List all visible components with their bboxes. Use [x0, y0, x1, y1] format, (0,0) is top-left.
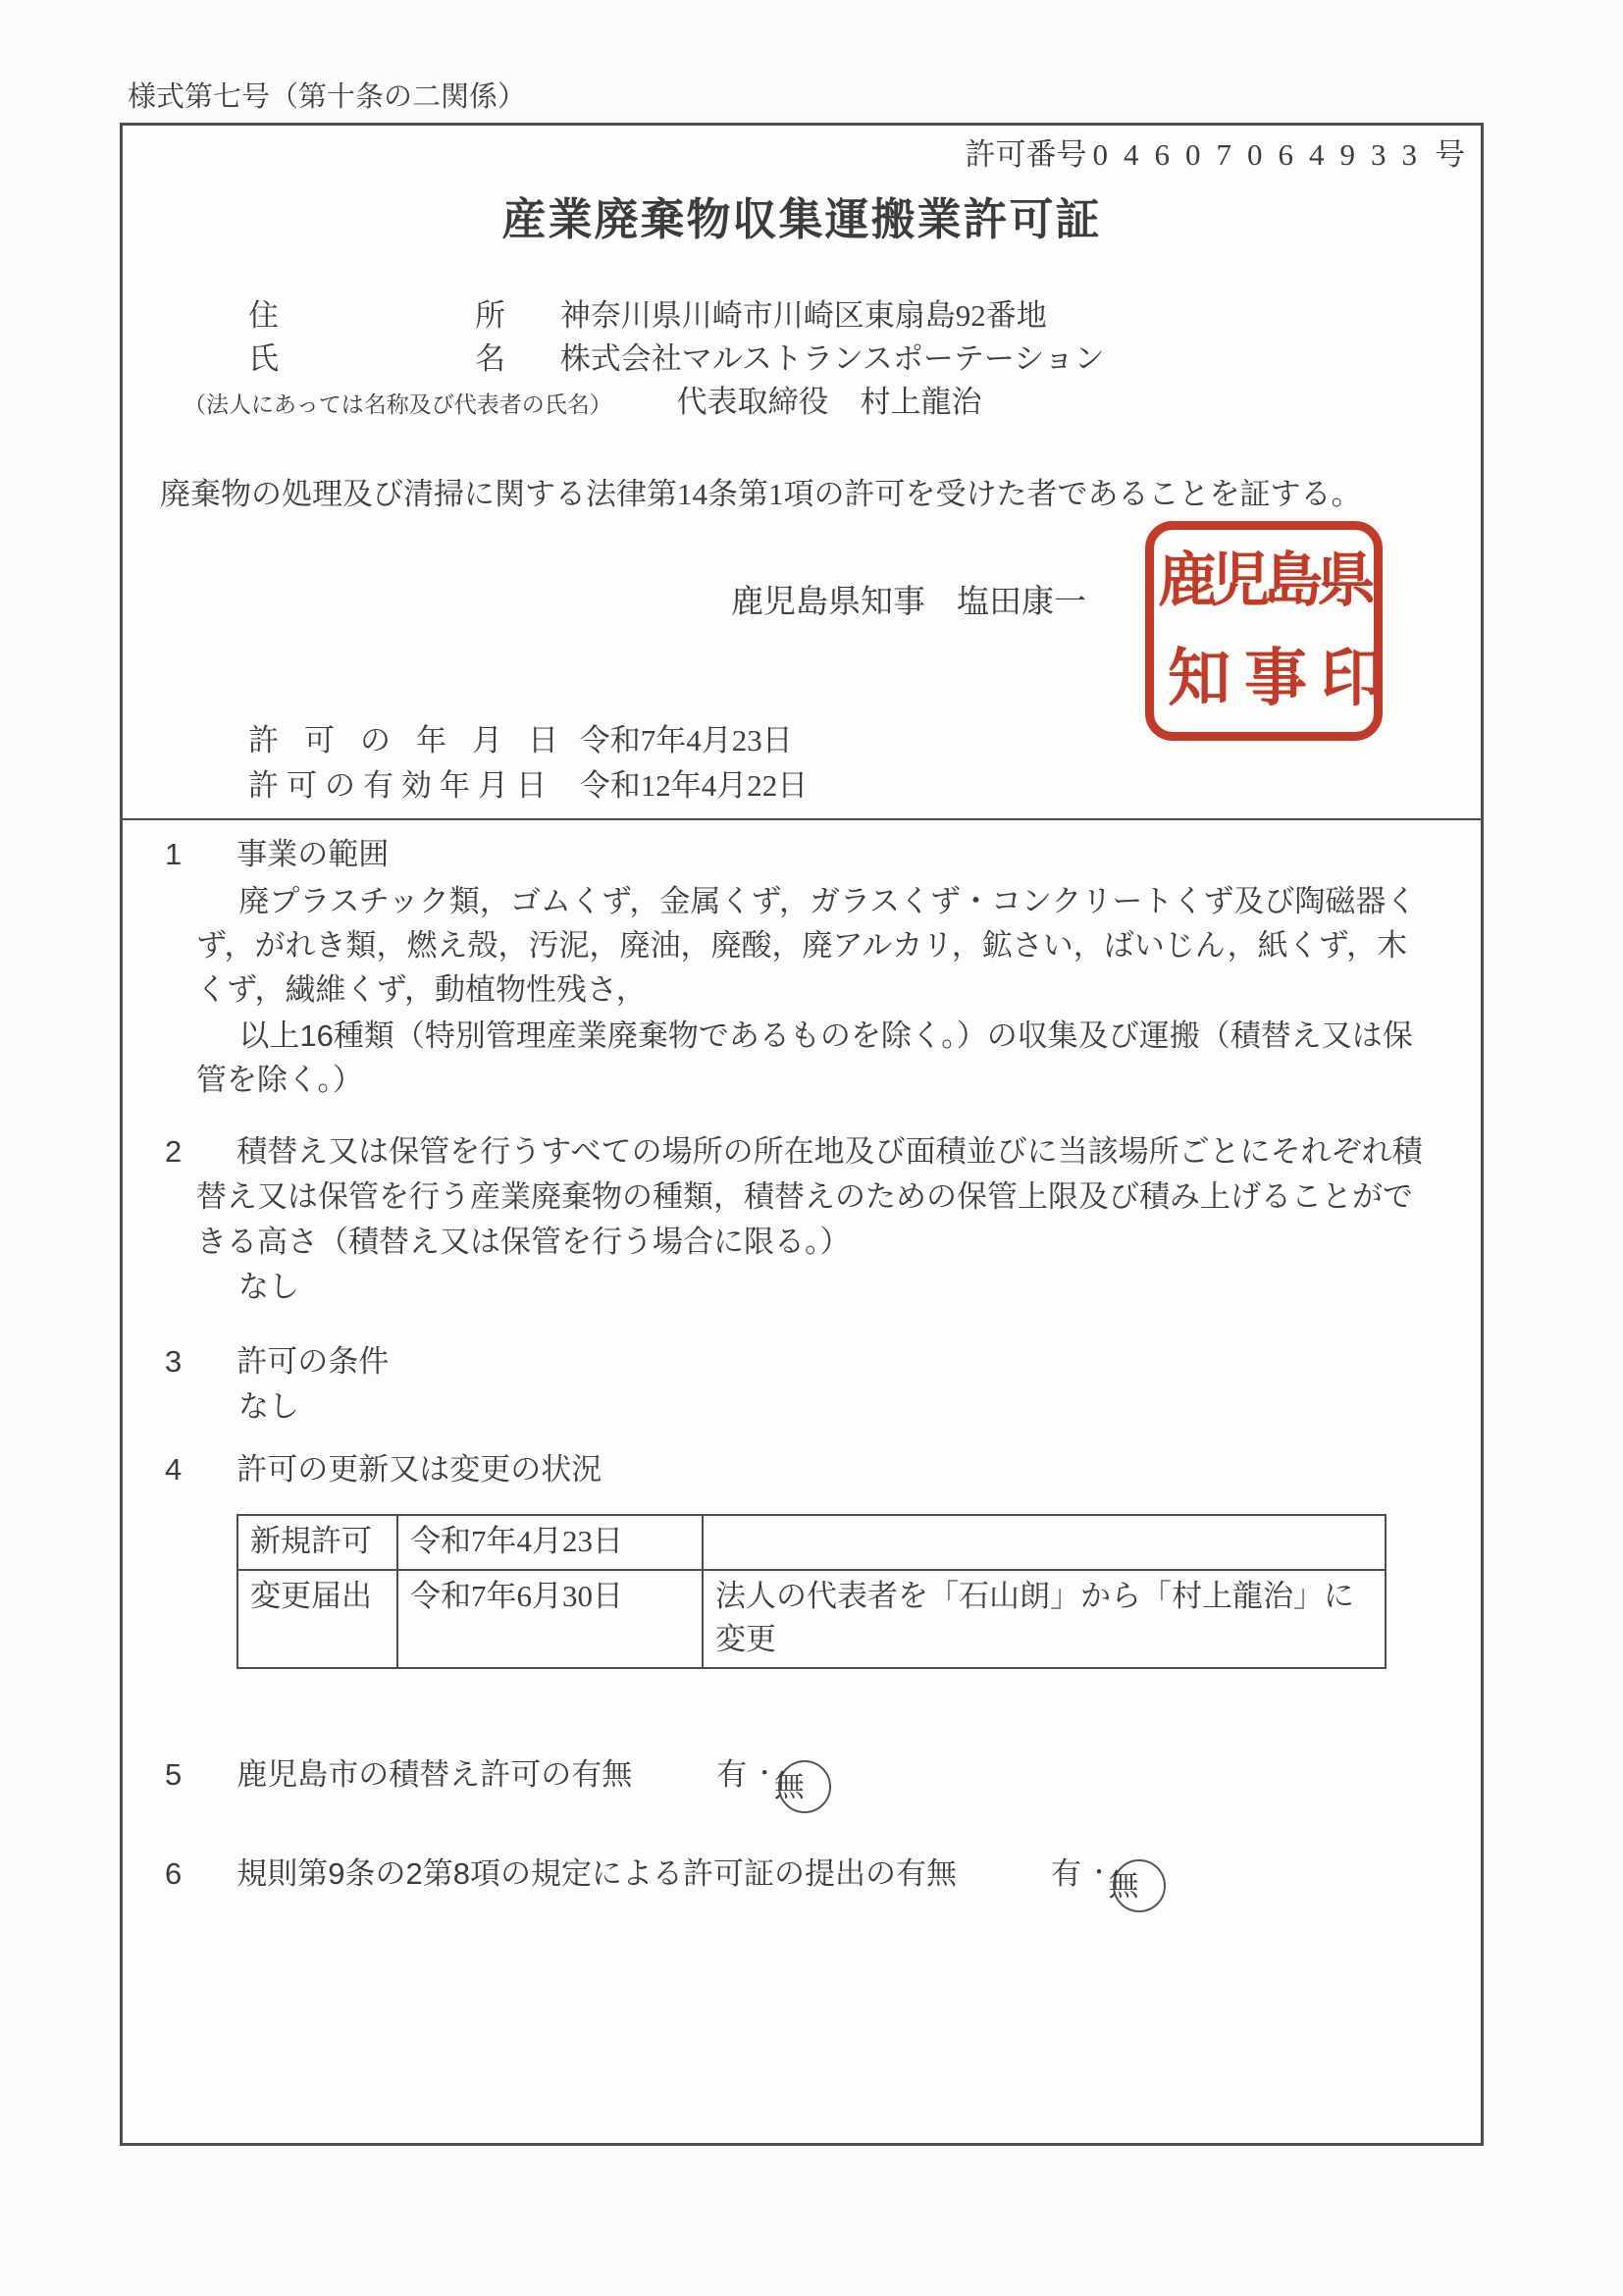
valid-date-value: 令和12年4月22日: [580, 768, 809, 803]
renewal-history-table: 新規許可 令和7年4月23日 変更届出 令和7年6月30日 法人の代表者を「石山…: [236, 1514, 1387, 1669]
issuer-title: 鹿児島県知事: [731, 585, 925, 620]
section2-number: 2: [165, 1134, 182, 1169]
section6-number: 6: [165, 1856, 182, 1891]
section4-heading: 許可の更新又は変更の状況: [236, 1452, 602, 1487]
representative-title: 代表取締役: [677, 385, 829, 419]
row2-date-cell: 令和7年6月30日: [397, 1570, 703, 1668]
section1-heading: 事業の範囲: [236, 837, 389, 871]
section4-heading-line: 4許可の更新又は変更の状況: [123, 1447, 1481, 1492]
representative-name: 村上龍治: [861, 385, 982, 419]
section2-heading: 積替え又は保管を行うすべての場所の所在地及び面積並びに当該場所ごとにそれぞれ積替…: [196, 1134, 1423, 1259]
option-separator-dot: ・: [753, 1760, 776, 1787]
option-separator-dot: ・: [1087, 1859, 1111, 1886]
representative-row: （法人にあっては名称及び代表者の氏名） 代表取締役村上龍治: [183, 381, 1481, 428]
section6-heading-line: 6規則第9条の2第8項の規定による許可証の提出の有無有・無: [123, 1851, 1481, 1912]
company-name-value: 株式会社マルストランスポーテーション: [560, 341, 1105, 376]
name-row: 氏名 株式会社マルストランスポーテーション: [248, 338, 1481, 381]
valid-date-label: 許可の有効年月日: [248, 763, 554, 809]
address-value: 神奈川県川崎市川崎区東扇島92番地: [560, 298, 1047, 333]
section6-yes-no-choice: 有・無: [1051, 1856, 1166, 1891]
section2-heading-line: 2積替え又は保管を行うすべての場所の所在地及び面積並びに当該場所ごとにそれぞれ積…: [123, 1129, 1481, 1265]
row2-detail-cell: 法人の代表者を「石山朗」から「村上龍治」に変更: [703, 1570, 1386, 1668]
section5-heading-line: 5鹿児島市の積替え許可の有無有・無: [123, 1751, 1481, 1813]
permit-date-label: 許可の年月日: [248, 718, 554, 763]
name-label-first: 氏: [248, 338, 279, 381]
section4-number: 4: [165, 1452, 182, 1487]
section3-none-value: なし: [123, 1384, 1481, 1430]
section5-number: 5: [165, 1757, 182, 1792]
section-business-scope: 1事業の範囲 廃プラスチック類，ゴムくず，金属くず，ガラスくず・コンクリートくず…: [123, 832, 1481, 1102]
document-title: 産業廃棄物収集運搬業許可証: [123, 192, 1481, 247]
certification-statement: 廃棄物の処理及び清掃に関する法律第14条第1項の許可を受けた者であることを証する…: [160, 473, 1481, 516]
holder-info-block: 住所 神奈川県川崎市川崎区東扇島92番地 氏名 株式会社マルストランスポーテーシ…: [123, 294, 1481, 428]
section1-number: 1: [165, 837, 182, 871]
section-permit-conditions: 3許可の条件 なし: [123, 1339, 1481, 1430]
option-yes: 有: [1051, 1856, 1081, 1891]
section1-summary: 以上16種類（特別管理産業廃棄物であるものを除く。）の収集及び運搬（積替え又は保…: [123, 1014, 1481, 1102]
section5-yes-no-choice: 有・無: [716, 1757, 831, 1792]
row2-type-cell: 変更届出: [237, 1570, 397, 1668]
table-row: 新規許可 令和7年4月23日: [237, 1515, 1386, 1570]
section3-number: 3: [165, 1344, 182, 1379]
representative-value: 代表取締役村上龍治: [677, 385, 982, 419]
header-body-divider: [123, 818, 1481, 820]
option-yes: 有: [716, 1757, 747, 1792]
row1-type-cell: 新規許可: [237, 1515, 397, 1570]
section-renewal-changes: 4許可の更新又は変更の状況 新規許可 令和7年4月23日 変更届出 令和7年6月…: [123, 1447, 1481, 1669]
table-row: 変更届出 令和7年6月30日 法人の代表者を「石山朗」から「村上龍治」に変更: [237, 1570, 1386, 1668]
option-no-circled: 無: [1113, 1859, 1166, 1912]
valid-date-row: 許可の有効年月日 令和12年4月22日: [248, 763, 1481, 809]
address-row: 住所 神奈川県川崎市川崎区東扇島92番地: [248, 294, 1481, 338]
row1-detail-cell: [703, 1515, 1386, 1570]
issuer-name: 塩田康一: [957, 585, 1086, 620]
scanned-permit-page: 様式第七号（第十条の二関係） 許可番号04607064933号 産業廃棄物収集運…: [0, 0, 1623, 2296]
permit-number-line: 許可番号04607064933号: [123, 126, 1481, 173]
section2-none-value: なし: [123, 1265, 1481, 1310]
section-transfer-storage: 2積替え又は保管を行うすべての場所の所在地及び面積並びに当該場所ごとにそれぞれ積…: [123, 1129, 1481, 1310]
section-permit-submission: 6規則第9条の2第8項の規定による許可証の提出の有無有・無: [123, 1851, 1481, 1912]
section6-heading: 規則第9条の2第8項の規定による許可証の提出の有無: [236, 1856, 957, 1891]
address-label-first: 住: [248, 294, 279, 338]
name-label: 氏名: [248, 338, 505, 381]
permit-date-value: 令和7年4月23日: [580, 723, 793, 757]
address-label-last: 所: [475, 294, 505, 338]
section-kagoshima-transfer-permit: 5鹿児島市の積替え許可の有無有・無: [123, 1751, 1481, 1813]
section1-waste-list: 廃プラスチック類，ゴムくず，金属くず，ガラスくず・コンクリートくず及び陶磁器くず…: [123, 879, 1481, 1012]
seal-text-row2: 知事印: [1158, 630, 1370, 728]
form-number-label: 様式第七号（第十条の二関係）: [128, 0, 1623, 115]
governor-seal-stamp: 鹿児島県 知事印: [1145, 521, 1383, 741]
section5-heading: 鹿児島市の積替え許可の有無: [236, 1757, 632, 1792]
corporate-name-note: （法人にあっては名称及び代表者の氏名）: [183, 392, 612, 417]
permit-number-digits: 04607064933: [1093, 137, 1434, 172]
section3-heading: 許可の条件: [236, 1344, 389, 1379]
row1-date-cell: 令和7年4月23日: [397, 1515, 703, 1570]
permit-number-label: 許可番号: [966, 137, 1087, 172]
permit-number-suffix: 号: [1435, 137, 1465, 172]
permit-document-frame: 許可番号04607064933号 産業廃棄物収集運搬業許可証 住所 神奈川県川崎…: [120, 123, 1484, 2146]
address-label: 住所: [248, 294, 505, 338]
name-label-last: 名: [475, 338, 505, 381]
option-no-circled: 無: [778, 1760, 831, 1813]
section1-heading-line: 1事業の範囲: [123, 832, 1481, 877]
section3-heading-line: 3許可の条件: [123, 1339, 1481, 1384]
seal-text-row1: 鹿児島県: [1158, 532, 1370, 630]
